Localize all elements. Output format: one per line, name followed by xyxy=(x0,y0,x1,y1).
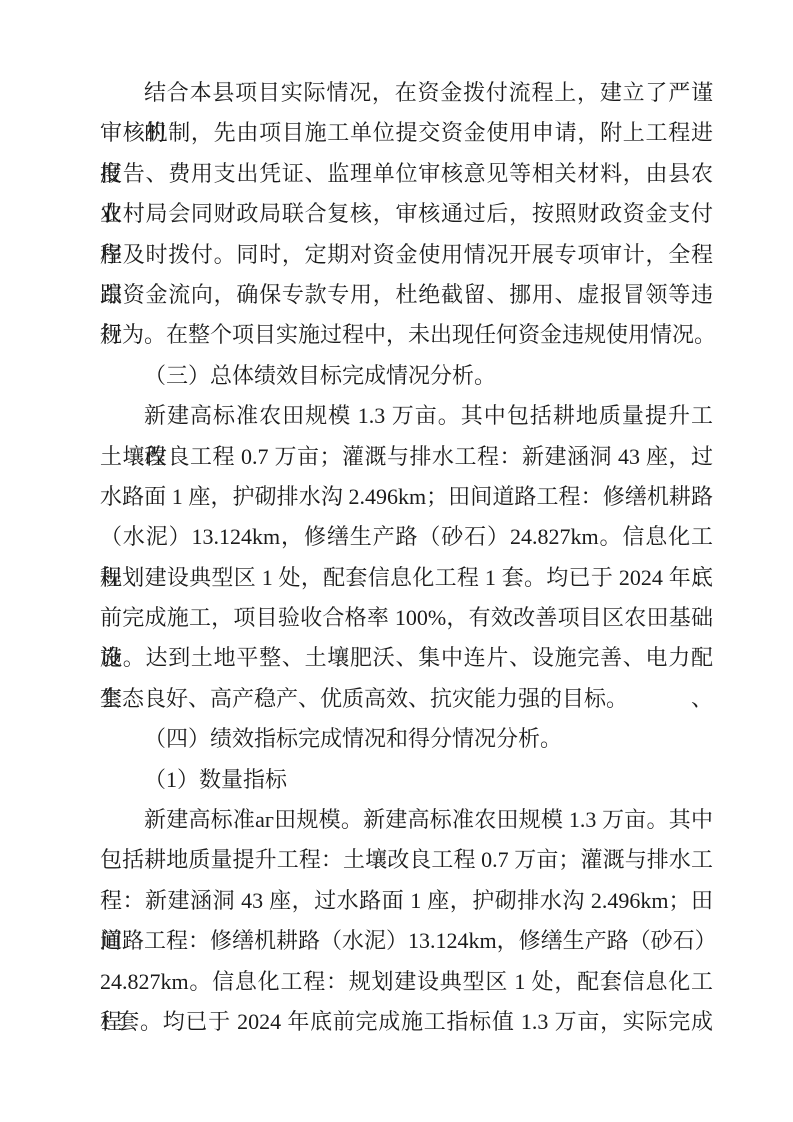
text-line: 水路面 1 座，护砌排水沟 2.496km；田间道路工程：修缮机耕路 xyxy=(100,477,713,517)
document-body: 结合本县项目实际情况，在资金拨付流程上，建立了严谨的审核机制，先由项目施工单位提… xyxy=(100,73,713,1042)
text-line: 新建高标准аг田规模。新建高标准农田规模 1.3 万亩。其中 xyxy=(100,800,713,840)
text-line: 新建高标准农田规模 1.3 万亩。其中包括耕地质量提升工程： xyxy=(100,396,713,436)
text-line: 前完成施工，项目验收合格率 100%，有效改善项目区农田基础设 xyxy=(100,598,713,638)
heading-section-4-performance-indicators: （四）绩效指标完成情况和得分情况分析。 xyxy=(100,719,713,759)
text-line: 施。达到土地平整、土壤肥沃、集中连片、设施完善、电力配套、 xyxy=(100,638,713,678)
paragraph-overall-goal-completion: 新建高标准农田规模 1.3 万亩。其中包括耕地质量提升工程：土壤改良工程 0.7… xyxy=(100,396,713,719)
text-line: （1）数量指标 xyxy=(100,760,713,800)
heading-quantity-indicator: （1）数量指标 xyxy=(100,760,713,800)
text-line: 生态良好、高产稳产、优质高效、抗灾能力强的目标。 xyxy=(100,679,713,719)
text-line: 包括耕地质量提升工程：土壤改良工程 0.7 万亩；灌溉与排水工 xyxy=(100,840,713,880)
document-page: 结合本县项目实际情况，在资金拨付流程上，建立了严谨的审核机制，先由项目施工单位提… xyxy=(0,0,793,1122)
text-line: 行为。在整个项目实施过程中，未出现任何资金违规使用情况。 xyxy=(100,315,713,355)
paragraph-quantity-indicator-detail: 新建高标准аг田规模。新建高标准农田规模 1.3 万亩。其中包括耕地质量提升工程… xyxy=(100,800,713,1042)
text-line: 农村局会同财政局联合复核，审核通过后，按照财政资金支付程 xyxy=(100,194,713,234)
text-line: 24.827km。信息化工程：规划建设典型区 1 处，配套信息化工程 xyxy=(100,962,713,1002)
text-line: 土壤改良工程 0.7 万亩；灌溉与排水工程：新建涵洞 43 座，过 xyxy=(100,437,713,477)
text-line: 道路工程：修缮机耕路（水泥）13.124km，修缮生产路（砂石） xyxy=(100,921,713,961)
text-line: 规划建设典型区 1 处，配套信息化工程 1 套。均已于 2024 年底 xyxy=(100,558,713,598)
text-line: （四）绩效指标完成情况和得分情况分析。 xyxy=(100,719,713,759)
text-line: 序及时拨付。同时，定期对资金使用情况开展专项审计，全程跟 xyxy=(100,235,713,275)
text-line: 程：新建涵洞 43 座，过水路面 1 座，护砌排水沟 2.496km；田间 xyxy=(100,881,713,921)
text-line: 报告、费用支出凭证、监理单位审核意见等相关材料，由县农业 xyxy=(100,154,713,194)
text-line: 踪资金流向，确保专款专用，杜绝截留、挪用、虚报冒领等违规 xyxy=(100,275,713,315)
text-line: 结合本县项目实际情况，在资金拨付流程上，建立了严谨的 xyxy=(100,73,713,113)
text-line: （三）总体绩效目标完成情况分析。 xyxy=(100,356,713,396)
text-line: 1 套。均已于 2024 年底前完成施工指标值 1.3 万亩，实际完成 xyxy=(100,1002,713,1042)
text-line: 审核机制，先由项目施工单位提交资金使用申请，附上工程进度 xyxy=(100,113,713,153)
text-line: （水泥）13.124km，修缮生产路（砂石）24.827km。信息化工程： xyxy=(100,517,713,557)
paragraph-fund-disbursement-process: 结合本县项目实际情况，在资金拨付流程上，建立了严谨的审核机制，先由项目施工单位提… xyxy=(100,73,713,356)
heading-section-3-overall-performance-goal: （三）总体绩效目标完成情况分析。 xyxy=(100,356,713,396)
